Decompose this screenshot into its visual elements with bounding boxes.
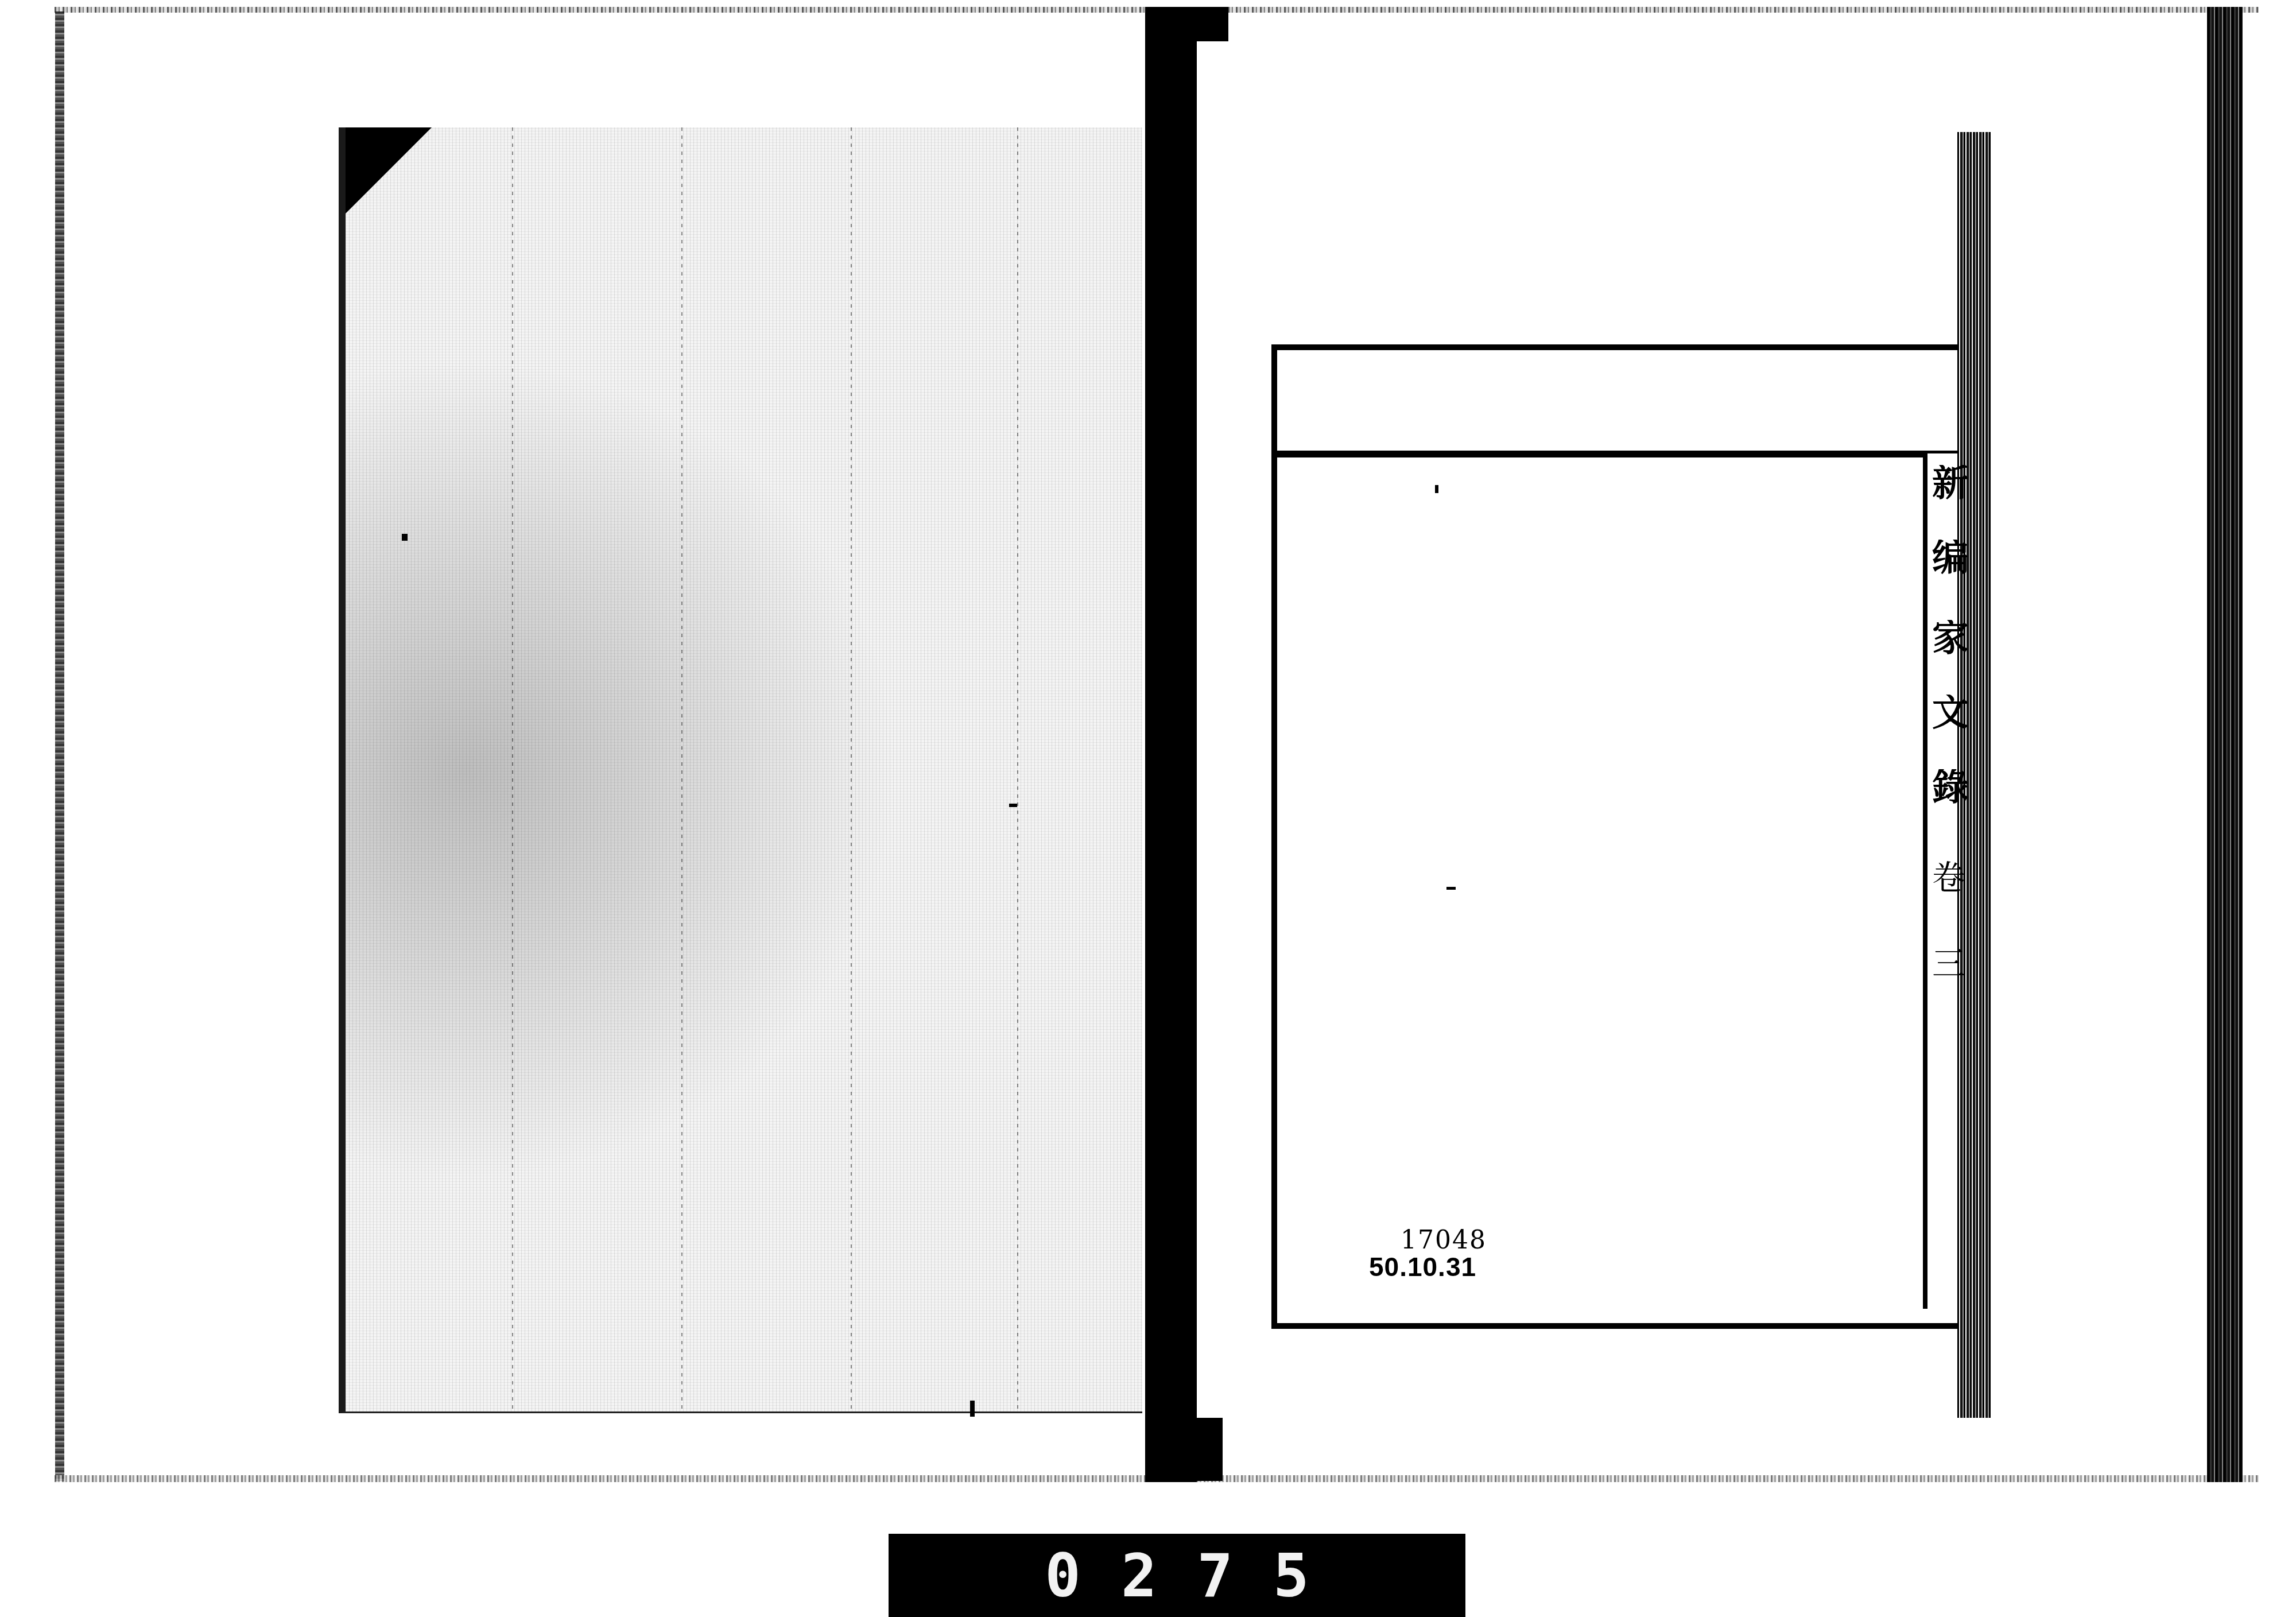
scan-speck [1446, 887, 1456, 890]
volume-glyph: 卷 [1932, 861, 1965, 894]
spine-cap-top [1182, 7, 1228, 41]
fore-edge-title-strip: 新 编 家 文 錄 卷 三 [1923, 132, 1992, 1418]
fore-edge-volume-block: 卷 三 [1923, 850, 1957, 1309]
scan-speck [970, 1401, 975, 1417]
folded-corner [346, 127, 432, 214]
title-glyph: 文 [1932, 695, 1968, 731]
title-glyph: 錄 [1932, 769, 1968, 806]
frame-number: 0275 [1004, 1541, 1349, 1611]
spine-cap-bottom [1188, 1418, 1223, 1481]
title-glyph: 家 [1932, 620, 1968, 657]
title-glyph: 新 [1932, 465, 1968, 502]
microfilm-frame-label: 0275 [889, 1534, 1465, 1617]
left-endpaper-page [339, 127, 1142, 1413]
fore-edge-title-block: 新 编 家 文 錄 [1923, 453, 1957, 850]
title-frame [1271, 344, 1975, 1329]
volume-glyph: 三 [1932, 947, 1965, 980]
paper-fold-line [1017, 127, 1018, 1412]
accession-number: 17048 [1401, 1226, 1487, 1255]
paper-fold-line [512, 127, 513, 1412]
title-header-band [1277, 350, 1975, 457]
scan-speck [1009, 804, 1017, 807]
scan-left-edge [55, 11, 64, 1481]
paper-fold-line [851, 127, 852, 1412]
scan-speck [1435, 485, 1438, 493]
paper-fold-line [681, 127, 682, 1412]
accession-date: 50.10.31 [1369, 1251, 1476, 1282]
scan-speck [402, 534, 408, 541]
scan-right-edge [2207, 7, 2243, 1482]
title-glyph: 编 [1932, 540, 1968, 576]
book-spine-gutter [1145, 7, 1197, 1482]
